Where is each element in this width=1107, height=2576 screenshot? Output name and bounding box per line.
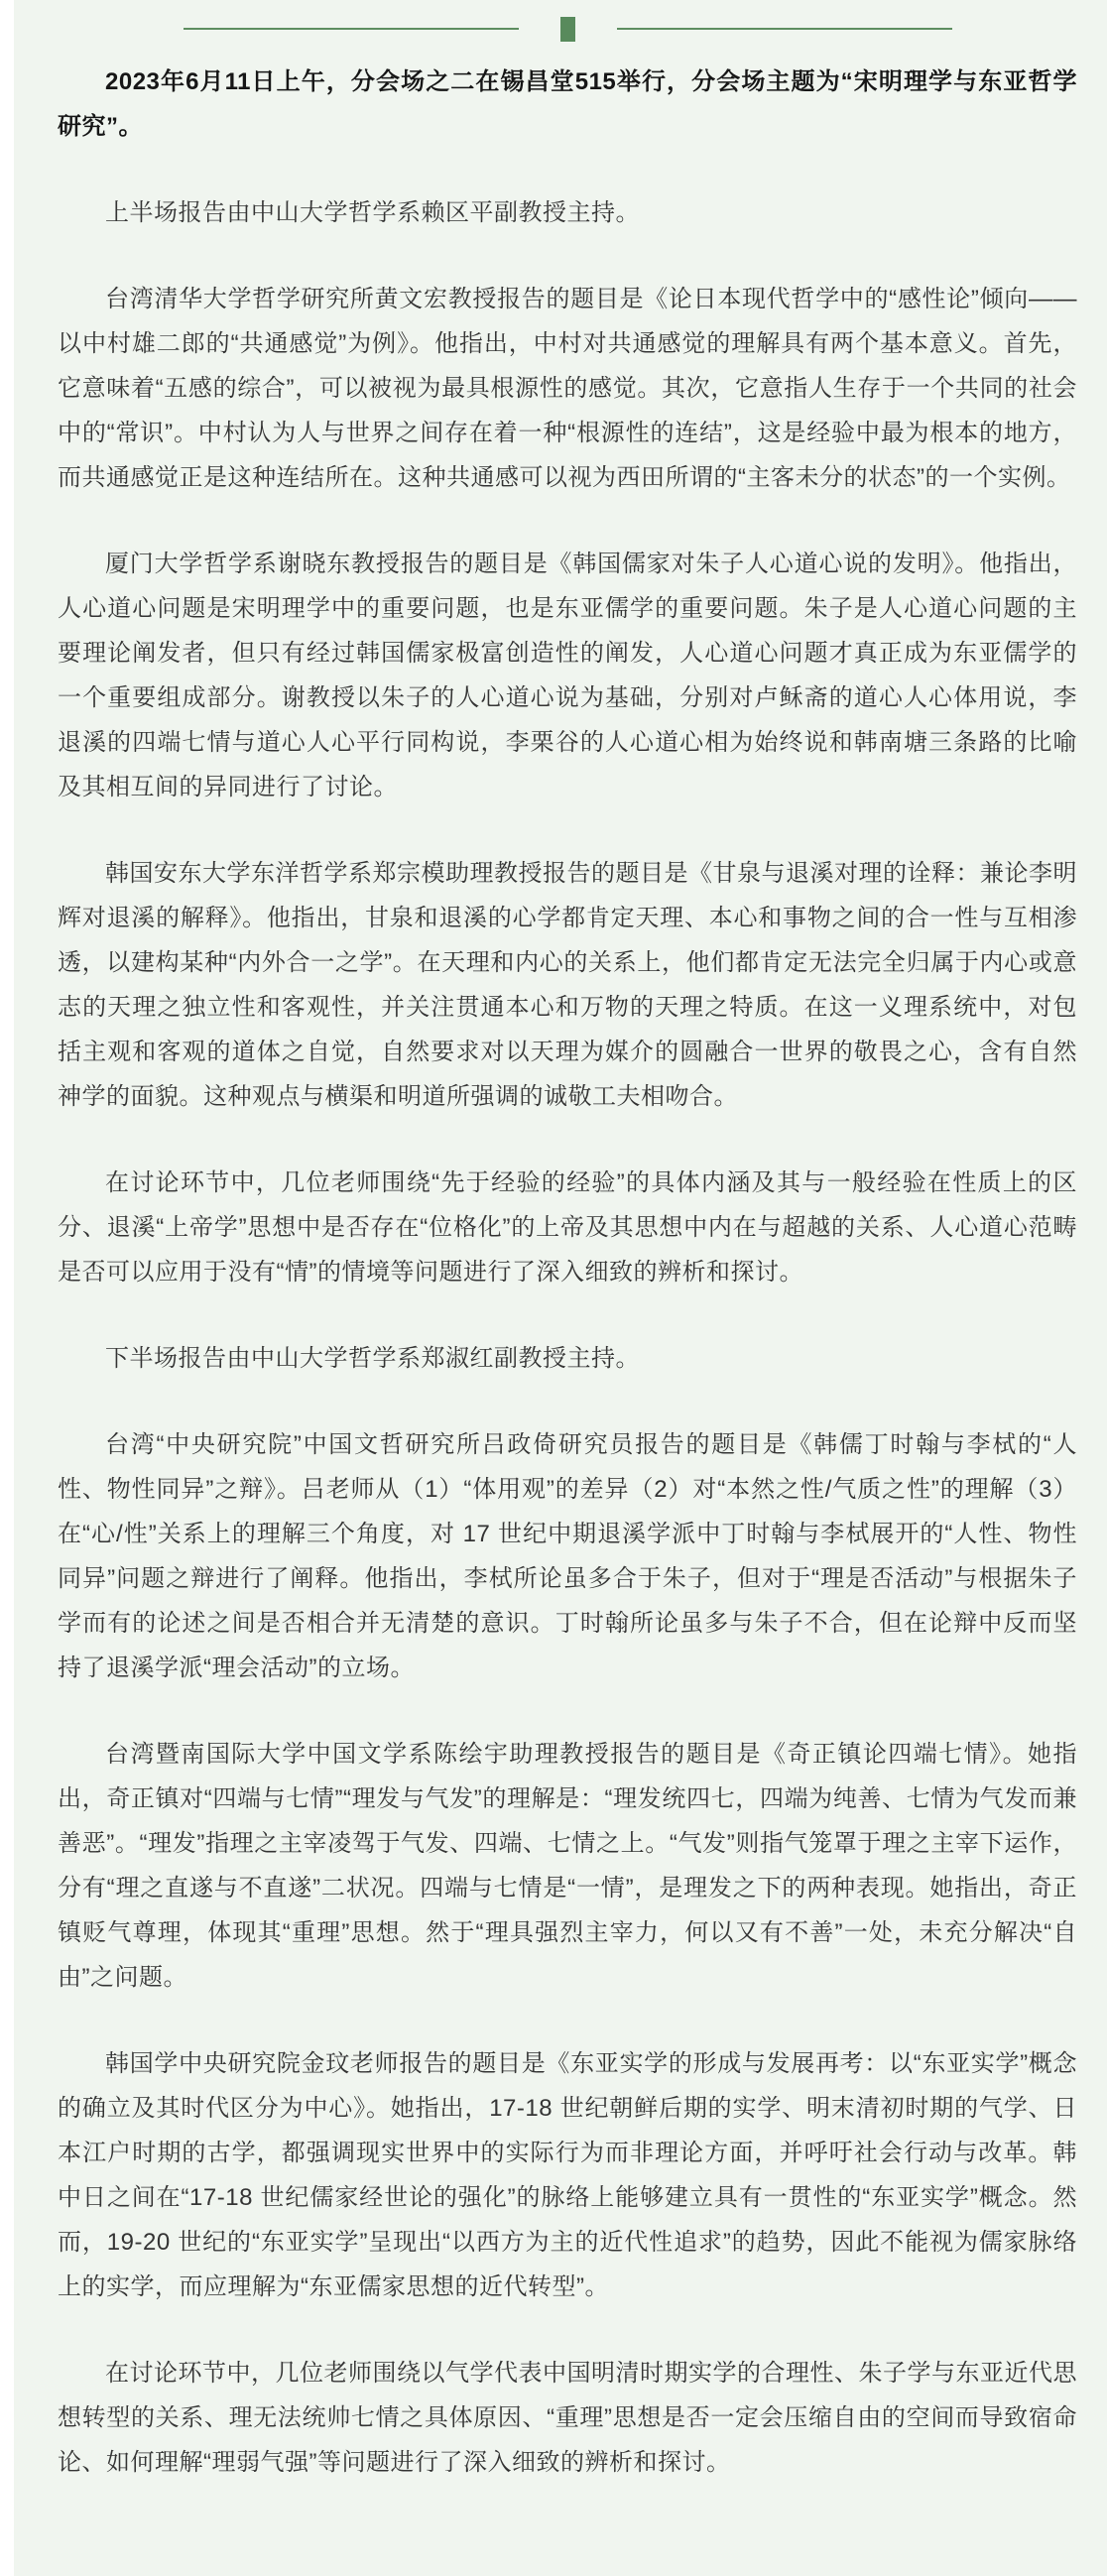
report-lv-zhengyi-paragraph: 台湾“中央研究院”中国文哲研究所吕政倚研究员报告的题目是《韩儒丁时翰与李栻的“人… — [58, 1422, 1077, 1690]
divider-line-left — [184, 28, 519, 30]
report-xie-xiaodong-paragraph: 厦门大学哲学系谢晓东教授报告的题目是《韩国儒家对朱子人心道心说的发明》。他指出，… — [58, 542, 1077, 809]
second-half-host-paragraph: 下半场报告由中山大学哲学系郑淑红副教授主持。 — [58, 1336, 1077, 1381]
first-discussion-paragraph: 在讨论环节中，几位老师围绕“先于经验的经验”的具体内涵及其与一般经验在性质上的区… — [58, 1161, 1077, 1294]
article-body: 2023年6月11日上午，分会场之二在锡昌堂515举行，分会场主题为“宋明理学与… — [58, 60, 1077, 2485]
page-left-margin — [0, 0, 14, 2576]
article-content: 2023年6月11日上午，分会场之二在锡昌堂515举行，分会场主题为“宋明理学与… — [0, 0, 1107, 2515]
session-overview-paragraph: 2023年6月11日上午，分会场之二在锡昌堂515举行，分会场主题为“宋明理学与… — [58, 60, 1077, 149]
divider-line-right — [617, 28, 952, 30]
first-half-host-paragraph: 上半场报告由中山大学哲学系赖区平副教授主持。 — [58, 190, 1077, 235]
second-discussion-paragraph: 在讨论环节中，几位老师围绕以气学代表中国明清时期实学的合理性、朱子学与东亚近代思… — [58, 2351, 1077, 2485]
divider-square-icon — [560, 17, 575, 42]
report-chen-huiyu-paragraph: 台湾暨南国际大学中国文学系陈绘宇助理教授报告的题目是《奇正镇论四端七情》。她指出… — [58, 1732, 1077, 2000]
report-zheng-zongmo-paragraph: 韩国安东大学东洋哲学系郑宗模助理教授报告的题目是《甘泉与退溪对理的诠释：兼论李明… — [58, 851, 1077, 1119]
report-huang-wenhong-paragraph: 台湾清华大学哲学研究所黄文宏教授报告的题目是《论日本现代哲学中的“感性论”倾向—… — [58, 277, 1077, 500]
report-jin-wen-paragraph: 韩国学中央研究院金玟老师报告的题目是《东亚实学的形成与发展再考：以“东亚实学”概… — [58, 2041, 1077, 2309]
section-divider — [58, 16, 1077, 42]
article-page: 2023年6月11日上午，分会场之二在锡昌堂515举行，分会场主题为“宋明理学与… — [0, 0, 1107, 2576]
